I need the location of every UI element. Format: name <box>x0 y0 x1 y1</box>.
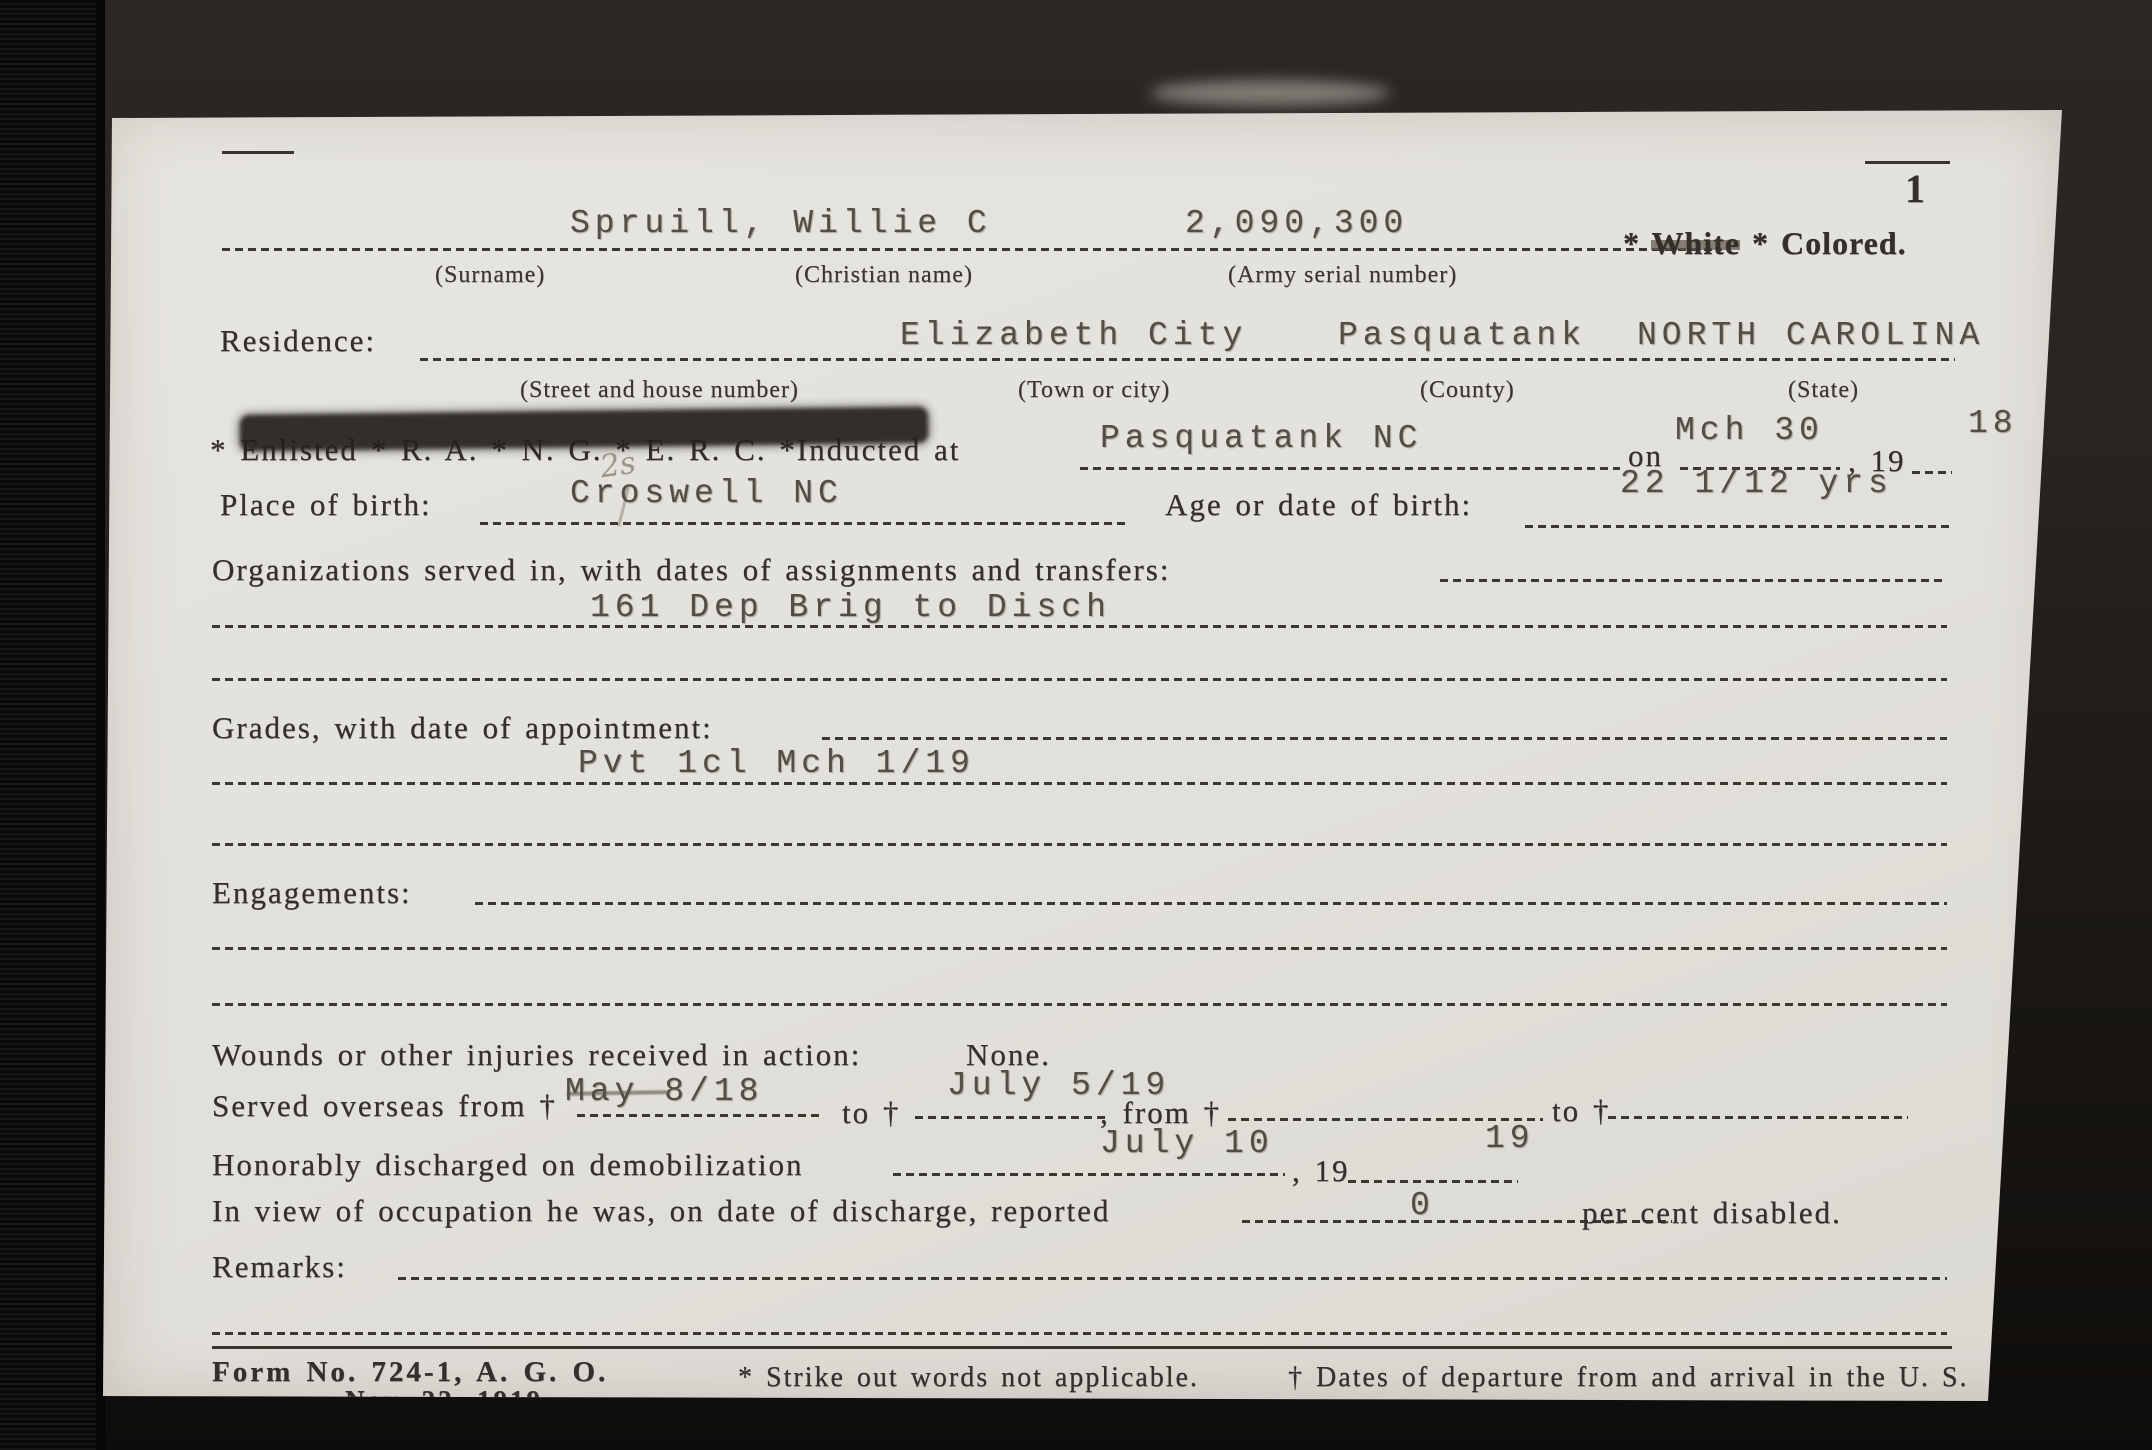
place-of-birth-value: Croswell NC <box>570 475 843 512</box>
surname-label: (Surname) <box>435 262 545 289</box>
scanner-bed-left-strip <box>0 0 96 1450</box>
footer-solid-rule <box>212 1346 1952 1349</box>
county-label: (County) <box>1420 377 1515 404</box>
overseas-to-2-fill-rule <box>1608 1116 1908 1119</box>
name-fill-rule <box>222 248 1722 251</box>
scan-smear-artifact <box>1150 80 1390 106</box>
grades-line-1 <box>212 782 1947 785</box>
engagements-line-1 <box>212 947 1947 950</box>
remarks-label: Remarks: <box>212 1249 347 1285</box>
disability-suffix: per cent disabled. <box>1582 1195 1842 1231</box>
serial-number-label: (Army serial number) <box>1228 262 1457 289</box>
discharge-label: Honorably discharged on demobilization <box>212 1147 804 1183</box>
residence-town-value: Elizabeth City <box>900 317 1247 354</box>
place-of-birth-fill-rule <box>480 522 1125 525</box>
organizations-line-2 <box>212 678 1947 681</box>
organizations-entry-value: 161 Dep Brig to Disch <box>590 589 1111 626</box>
organizations-label: Organizations served in, with dates of a… <box>212 552 1170 588</box>
overseas-to-2-label: to † <box>1552 1093 1610 1129</box>
organizations-fill-rule <box>1440 579 1947 582</box>
top-left-mark <box>222 151 294 154</box>
engagements-line-2 <box>212 1003 1947 1006</box>
induction-year-value: 18 <box>1968 405 2018 442</box>
grades-entry-value: Pvt 1cl Mch 1/19 <box>578 745 975 782</box>
scanner-bed-seam <box>96 0 105 1450</box>
disability-label: In view of occupation he was, on date of… <box>212 1193 1110 1229</box>
disability-percent-value: 0 <box>1410 1187 1435 1224</box>
residence-county-value: Pasquatank <box>1338 317 1586 354</box>
age-label: Age or date of birth: <box>1165 487 1472 523</box>
race-star: * <box>1623 225 1640 261</box>
race-colored: * Colored. <box>1752 225 1907 261</box>
age-value: 22 1/12 yrs <box>1620 465 1893 502</box>
inducted-at-value: Pasquatank NC <box>1100 420 1422 457</box>
inducted-at-fill-rule <box>1080 467 1620 470</box>
grades-fill-rule <box>822 737 1947 740</box>
town-label: (Town or city) <box>1018 377 1170 404</box>
organizations-line-1 <box>212 625 1947 628</box>
age-fill-rule <box>1525 525 1950 528</box>
grades-label: Grades, with date of appointment: <box>212 710 713 746</box>
footer-dotted-rule <box>212 1332 1947 1335</box>
engagements-fill-rule <box>475 902 1947 905</box>
discharge-year-fill-rule <box>1348 1180 1518 1183</box>
residence-state-value: NORTH CAROLINA <box>1637 317 1984 354</box>
remarks-fill-rule <box>398 1277 1947 1280</box>
state-label: (State) <box>1788 377 1859 404</box>
place-of-birth-label: Place of birth: <box>220 487 432 523</box>
discharge-year-prefix: , 19 <box>1292 1153 1350 1189</box>
street-label: (Street and house number) <box>520 377 799 404</box>
footer-note-dates: † Dates of departure from and arrival in… <box>1288 1362 1968 1394</box>
footer-note-strike-out: * Strike out words not applicable. <box>738 1362 1199 1394</box>
christian-name-label: (Christian name) <box>795 262 973 289</box>
wounds-label: Wounds or other injuries received in act… <box>212 1037 861 1073</box>
service-record-card: 1 Spruill, Willie C 2,090,300 * White * … <box>100 105 2065 1405</box>
induction-year-fill-rule <box>1912 471 1952 474</box>
residence-label: Residence: <box>220 323 376 359</box>
overseas-from-1-fill-rule <box>577 1114 822 1117</box>
surname-christian-name-value: Spruill, Willie C <box>570 205 992 242</box>
discharge-date-value: July 10 <box>1100 1125 1274 1162</box>
discharge-year-value: 19 <box>1485 1120 1535 1157</box>
residence-fill-rule <box>420 358 1955 361</box>
served-overseas-label: Served overseas from † <box>212 1088 557 1124</box>
race-selection: * White * Colored. <box>1623 225 1907 262</box>
discharge-fill-rule <box>893 1173 1285 1176</box>
page-number-rule <box>1865 161 1950 164</box>
army-serial-number-value: 2,090,300 <box>1185 205 1408 242</box>
form-date: Nov. 22, 1919. <box>345 1385 553 1416</box>
overseas-to-1-fill-rule <box>915 1116 1110 1119</box>
engagements-label: Engagements: <box>212 875 412 911</box>
induction-date-value: Mch 30 <box>1675 412 1824 449</box>
race-white-struck: White <box>1651 225 1740 261</box>
overseas-to-1-label: to † <box>842 1095 900 1131</box>
grades-line-2 <box>212 843 1947 846</box>
scanned-service-card-page: 1 Spruill, Willie C 2,090,300 * White * … <box>0 0 2152 1450</box>
page-number: 1 <box>1905 165 1927 212</box>
